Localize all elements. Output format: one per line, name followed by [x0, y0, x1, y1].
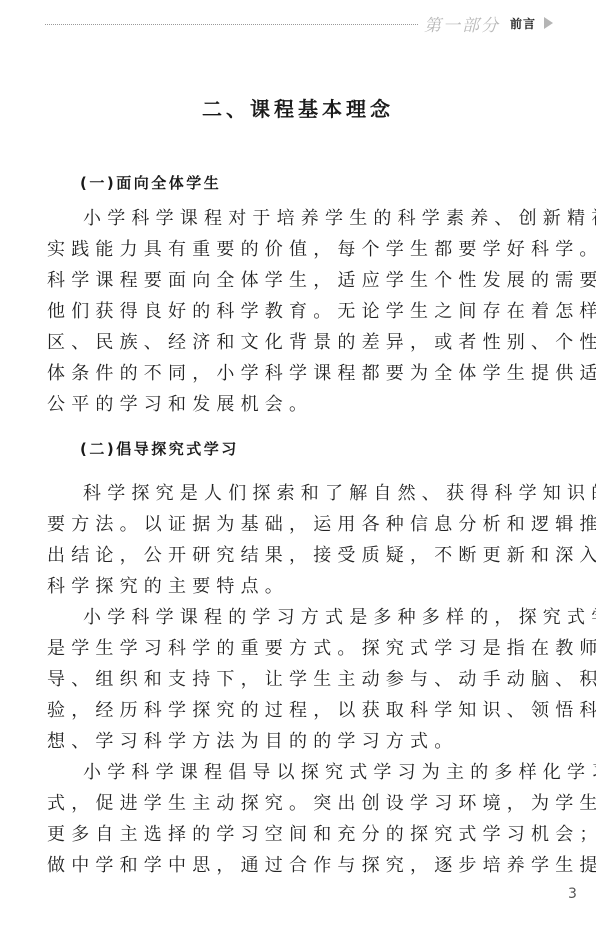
header-dotted-rule — [45, 24, 418, 25]
text-line: 式，促进学生主动探究。突出创设学习环境，为学生提供 — [47, 788, 537, 819]
text-line: 要方法。以证据为基础，运用各种信息分析和逻辑推理得 — [47, 509, 537, 540]
text-line: 他们获得良好的科学教育。无论学生之间存在着怎样的地 — [47, 296, 537, 327]
text-line: 区、民族、经济和文化背景的差异，或者性别、个性等个 — [47, 327, 537, 358]
header-section-label: 前言 — [510, 15, 536, 32]
paragraph: 科学探究是人们探索和了解自然、获得科学知识的重 要方法。以证据为基础，运用各种信… — [47, 478, 537, 602]
paragraph: 小学科学课程对于培养学生的科学素养、创新精神和 实践能力具有重要的价值，每个学生… — [47, 203, 537, 420]
text-line: 是学生学习科学的重要方式。探究式学习是指在教师的指 — [47, 633, 537, 664]
text-line: 出结论，公开研究结果，接受质疑，不断更新和深入，是 — [47, 540, 537, 571]
header-part-label: 第一部分 — [424, 11, 500, 36]
text-line: 做中学和学中思，通过合作与探究，逐步培养学生提出科 — [47, 850, 537, 881]
triangle-right-icon — [544, 17, 553, 29]
section-heading-2: (二)倡导探究式学习 — [80, 438, 239, 459]
section-heading-1: (一)面向全体学生 — [80, 172, 221, 193]
chapter-title: 二、课程基本理念 — [0, 93, 596, 122]
text-line: 小学科学课程对于培养学生的科学素养、创新精神和 — [47, 203, 537, 234]
text-line: 科学探究的主要特点。 — [47, 571, 537, 602]
text-line: 科学课程要面向全体学生，适应学生个性发展的需要，使 — [47, 265, 537, 296]
text-line: 实践能力具有重要的价值，每个学生都要学好科学。小学 — [47, 234, 537, 265]
running-header: 第一部分 前言 — [45, 10, 560, 36]
text-line: 验，经历科学探究的过程，以获取科学知识、领悟科学思 — [47, 695, 537, 726]
text-line: 导、组织和支持下，让学生主动参与、动手动脑、积极体 — [47, 664, 537, 695]
text-line: 小学科学课程倡导以探究式学习为主的多样化学习方 — [47, 757, 537, 788]
paragraph: 小学科学课程倡导以探究式学习为主的多样化学习方 式，促进学生主动探究。突出创设学… — [47, 757, 537, 881]
text-line: 小学科学课程的学习方式是多种多样的，探究式学习 — [47, 602, 537, 633]
text-line: 科学探究是人们探索和了解自然、获得科学知识的重 — [47, 478, 537, 509]
text-line: 更多自主选择的学习空间和充分的探究式学习机会；强调 — [47, 819, 537, 850]
text-line: 公平的学习和发展机会。 — [47, 389, 537, 420]
text-line: 体条件的不同，小学科学课程都要为全体学生提供适合的、 — [47, 358, 537, 389]
text-line: 想、学习科学方法为目的的学习方式。 — [47, 726, 537, 757]
paragraph: 小学科学课程的学习方式是多种多样的，探究式学习 是学生学习科学的重要方式。探究式… — [47, 602, 537, 757]
page-number: 3 — [568, 886, 577, 902]
